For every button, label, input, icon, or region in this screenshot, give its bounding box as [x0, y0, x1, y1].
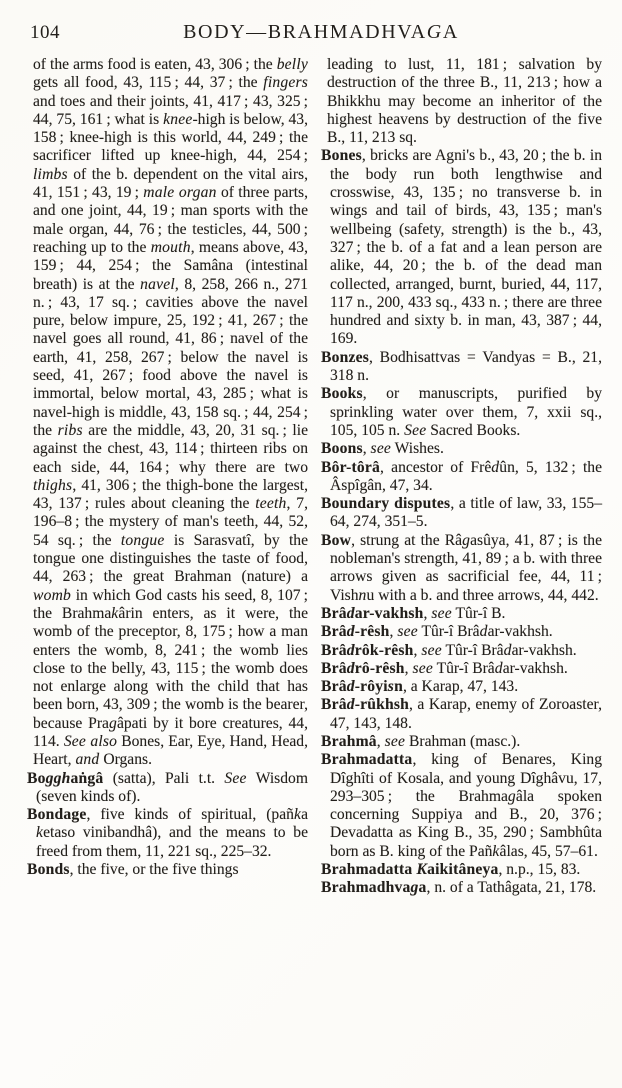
index-entry: Brahmadhvaga, n. of a Tathâgata, 21, 178…: [321, 879, 602, 897]
index-entry: Bow, strung at the Râgasûya, 41, 87 ; is…: [321, 532, 602, 605]
index-column-left: of the arms food is eaten, 43, 306 ; the…: [27, 56, 308, 898]
index-entry: Brâd-rêsh, see Tûr-î Brâdar-vakhsh.: [321, 623, 602, 641]
index-entry: Boons, see Wishes.: [321, 440, 602, 458]
index-entry: Brâd-rôyisn, a Karap, 47, 143.: [321, 678, 602, 696]
index-entry: Brahmâ, see Brahman (masc.).: [321, 733, 602, 751]
index-entry: Bogghaṅgâ (satta), Pali t.t. See Wisdom …: [27, 770, 308, 807]
index-entry-continuation: leading to lust, 11, 181 ; salvation by …: [321, 56, 602, 147]
index-column-right: leading to lust, 11, 181 ; salvation by …: [321, 56, 602, 898]
index-entry: Brâdrô-rêsh, see Tûr-î Brâdar-vakhsh.: [321, 660, 602, 678]
index-entry: Bôr-tôrâ, ancestor of Frêdûn, 5, 132 ; t…: [321, 459, 602, 496]
index-entry: Books, or manuscripts, purified by sprin…: [321, 385, 602, 440]
index-columns: of the arms food is eaten, 43, 306 ; the…: [27, 56, 602, 898]
index-entry: Brâdrôk-rêsh, see Tûr-î Brâdar-vakhsh.: [321, 642, 602, 660]
index-entry: Bondage, five kinds of spiritual, (pañka…: [27, 806, 308, 861]
index-entry: Bonzes, Bodhisattvas = Vandyas = B., 21,…: [321, 349, 602, 386]
index-entry: Boundary disputes, a title of law, 33, 1…: [321, 495, 602, 532]
index-entry: Bonds, the five, or the five things: [27, 861, 308, 879]
book-page: 104 BODY—BRAHMADHVAGA of the arms food i…: [0, 0, 622, 1088]
index-entry: Brahmadatta Kaikitâneya, n.p., 15, 83.: [321, 861, 602, 879]
index-entry: Bones, bricks are Agni's b., 43, 20 ; th…: [321, 147, 602, 348]
index-entry: Brâdar-vakhsh, see Tûr-î B.: [321, 605, 602, 623]
index-entry: Brâd-rûkhsh, a Karap, enemy of Zoroaster…: [321, 696, 602, 733]
index-entry-continuation: of the arms food is eaten, 43, 306 ; the…: [27, 56, 308, 770]
running-title: BODY—BRAHMADHVAGA: [60, 21, 582, 44]
page-number: 104: [30, 22, 60, 44]
index-entry: Brahmadatta, king of Benares, King Dîghî…: [321, 751, 602, 861]
